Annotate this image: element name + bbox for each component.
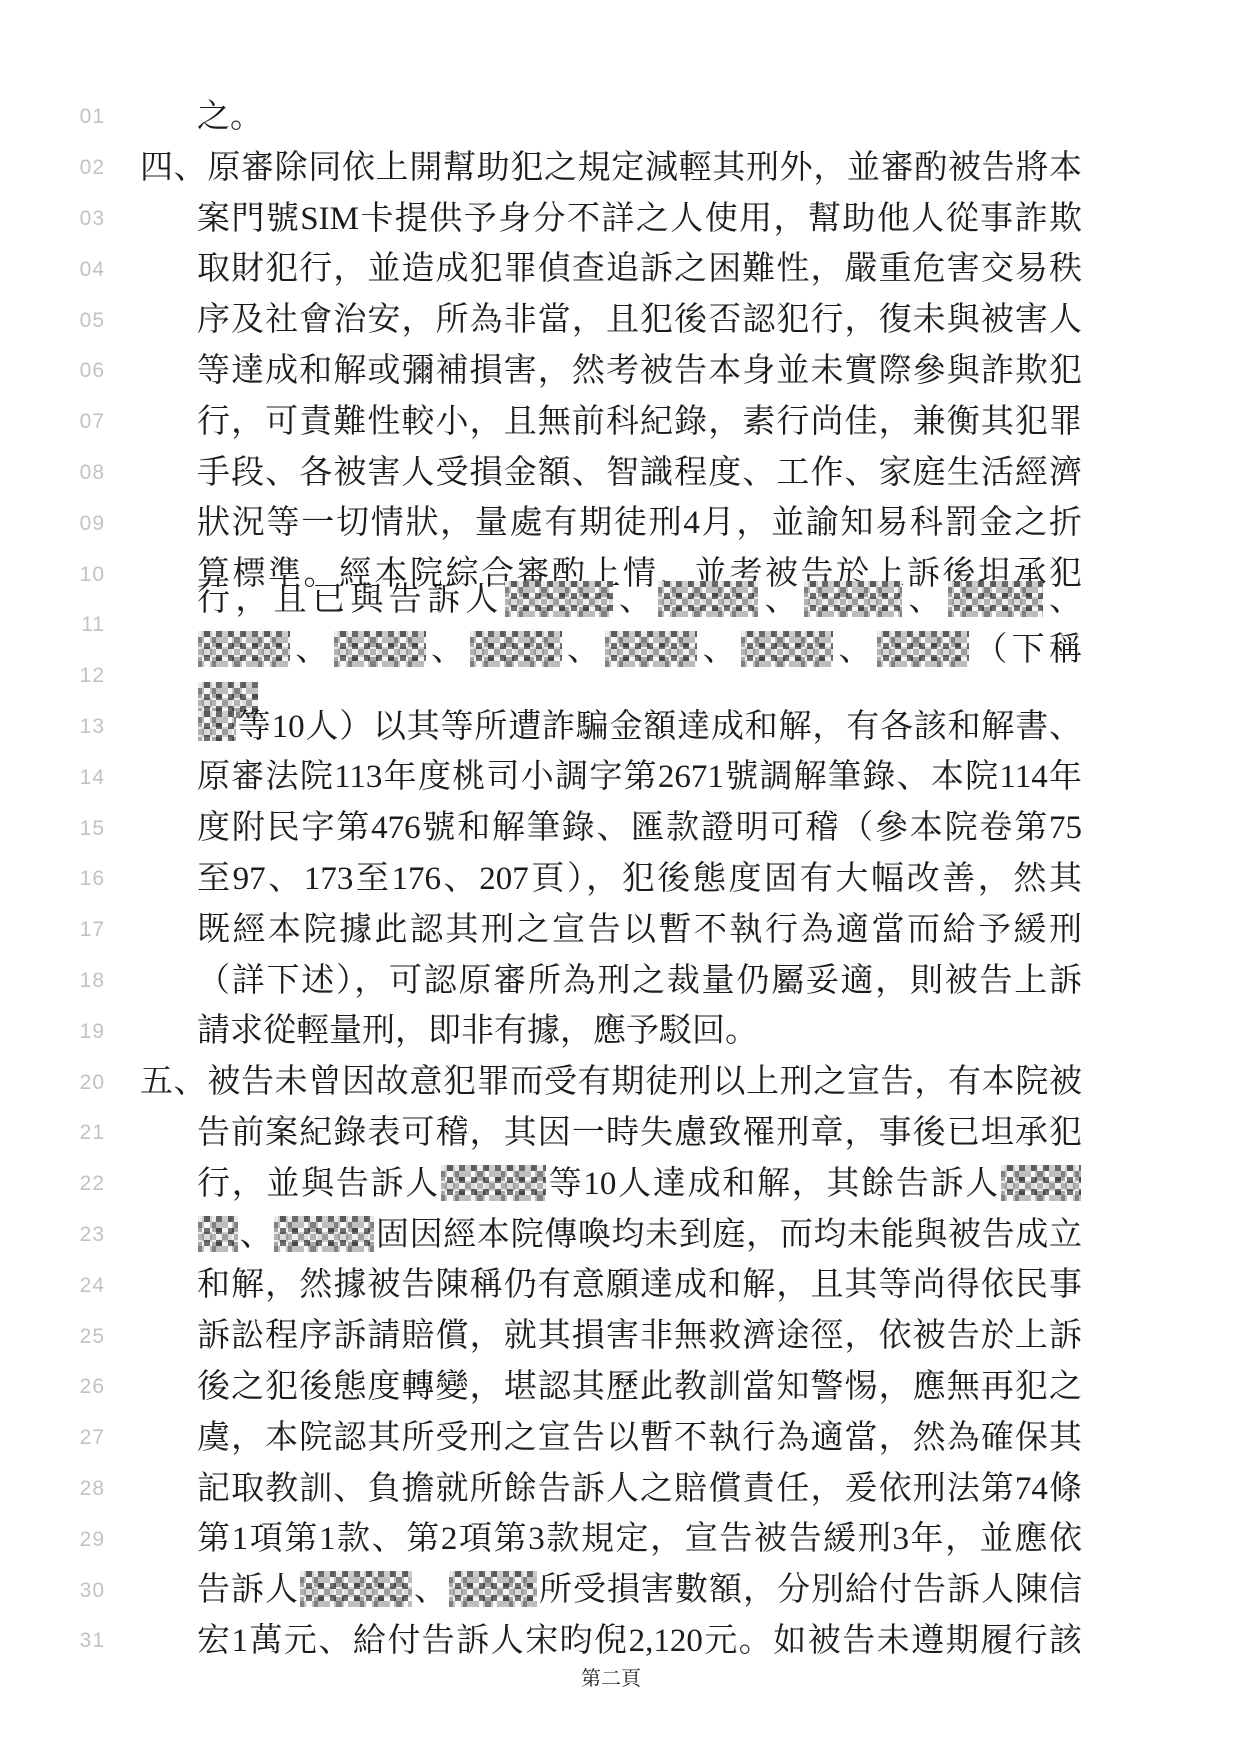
line-text: 記取教訓、負擔就所餘告訴人之賠償責任，爰依刑法第74條 (140, 1464, 1082, 1515)
line-number: 02 (0, 156, 105, 180)
line-text: 手段、各被害人受損金額、智識程度、工作、家庭生活經濟 (140, 448, 1082, 499)
text-segment: 等10人）以其等所遭詐騙金額達成和解，有各該和解書、 (237, 709, 1082, 745)
text-segment: （下稱 (970, 632, 1082, 668)
text-segment: 第1項第1款、第2項第3款規定，宣告被告緩刑3年，並應依 (197, 1521, 1082, 1557)
line-number: 25 (0, 1325, 105, 1349)
line-number: 27 (0, 1426, 105, 1450)
document-line: 06等達成和解或彌補損害，然考被告本身並未實際參與詐欺犯 (0, 346, 1240, 397)
document-line: 24和解，然據被告陳稱仍有意願達成和解，且其等尚得依民事 (0, 1260, 1240, 1311)
text-segment: （詳下述），可認原審所為刑之裁量仍屬妥適，則被告上訴 (197, 963, 1082, 999)
text-segment: 、 (903, 582, 947, 618)
text-segment: 原審法院113年度桃司小調字第2671號調解筆錄、本院114年 (197, 759, 1082, 795)
line-number: 06 (0, 359, 105, 383)
document-body: 01之。02四、原審除同依上開幫助犯之規定減輕其刑外，並審酌被告將本03案門號S… (0, 92, 1240, 1667)
document-line: 20五、被告未曾因故意犯罪而受有期徒刑以上刑之宣告，有本院被 (0, 1057, 1240, 1108)
text-segment: 虞，本院認其所受刑之宣告以暫不執行為適當，然為確保其 (197, 1420, 1082, 1456)
text-segment: 至97、173至176、207頁），犯後態度固有大幅改善，然其 (197, 861, 1082, 897)
line-text: 度附民字第476號和解筆錄、匯款證明可稽（參本院卷第75 (140, 803, 1082, 854)
text-segment: 之。 (197, 99, 263, 135)
document-line: 09狀況等一切情狀，量處有期徒刑4月，並諭知易科罰金之折 (0, 498, 1240, 549)
line-text: 訴訟程序訴請賠償，就其損害非無救濟途徑，依被告於上訴 (140, 1311, 1082, 1362)
line-text: 既經本院據此認其刑之宣告以暫不執行為適當而給予緩刑 (140, 905, 1082, 956)
document-line: 01之。 (0, 92, 1240, 143)
redacted-name-block (470, 631, 562, 667)
line-number: 05 (0, 309, 105, 333)
line-text: 原審法院113年度桃司小調字第2671號調解筆錄、本院114年 (140, 752, 1082, 803)
line-number: 26 (0, 1375, 105, 1399)
line-text: 行，可責難性較小，且無前科紀錄，素行尚佳，兼衡其犯罪 (140, 397, 1082, 448)
line-number: 17 (0, 918, 105, 942)
text-segment: 行，可責難性較小，且無前科紀錄，素行尚佳，兼衡其犯罪 (197, 404, 1082, 440)
line-text: 之。 (140, 92, 1082, 143)
line-number: 20 (0, 1071, 105, 1095)
document-line: 04取財犯行，並造成犯罪偵查追訴之困難性，嚴重危害交易秩 (0, 244, 1240, 295)
redacted-name-block (605, 631, 697, 667)
redacted-name-block (1001, 1165, 1081, 1201)
document-line: 03案門號SIM卡提供予身分不詳之人使用，幫助他人從事詐欺 (0, 194, 1240, 245)
line-text: （詳下述），可認原審所為刑之裁量仍屬妥適，則被告上訴 (140, 956, 1082, 1007)
text-segment: 被告未曾因故意犯罪而受有期徒刑以上刑之宣告，有本院被 (207, 1064, 1082, 1100)
line-text: 請求從輕量刑，即非有據，應予駁回。 (140, 1006, 1082, 1057)
line-text: 第1項第1款、第2項第3款規定，宣告被告緩刑3年，並應依 (140, 1514, 1082, 1565)
document-line: 17既經本院據此認其刑之宣告以暫不執行為適當而給予緩刑 (0, 905, 1240, 956)
line-number: 08 (0, 461, 105, 485)
redacted-name-block (198, 1216, 238, 1252)
redacted-name-block (449, 1571, 537, 1607)
document-line: 13等10人）以其等所遭詐騙金額達成和解，有各該和解書、 (0, 702, 1240, 753)
line-number: 22 (0, 1172, 105, 1196)
document-line: 18（詳下述），可認原審所為刑之裁量仍屬妥適，則被告上訴 (0, 956, 1240, 1007)
page: { "page": { "footer": "第二頁", "text_color… (0, 0, 1240, 1755)
line-text: 案門號SIM卡提供予身分不詳之人使用，幫助他人從事詐欺 (140, 194, 1082, 245)
document-line: 21告前案紀錄表可稽，其因一時失慮致罹刑章，事後已坦承犯 (0, 1108, 1240, 1159)
redacted-name-block (198, 711, 236, 741)
line-text: 至97、173至176、207頁），犯後態度固有大幅改善，然其 (140, 854, 1082, 905)
document-line: 19請求從輕量刑，即非有據，應予駁回。 (0, 1006, 1240, 1057)
line-number: 29 (0, 1528, 105, 1552)
text-segment: 案門號SIM卡提供予身分不詳之人使用，幫助他人從事詐欺 (197, 201, 1082, 237)
redacted-name-block (658, 581, 758, 617)
page-footer: 第二頁 (140, 1662, 1082, 1691)
text-segment: 記取教訓、負擔就所餘告訴人之賠償責任，爰依刑法第74條 (197, 1471, 1082, 1507)
document-line: 29第1項第1款、第2項第3款規定，宣告被告緩刑3年，並應依 (0, 1514, 1240, 1565)
text-segment: 後之犯後態度轉變，堪認其歷此教訓當知警惕，應無再犯之 (197, 1369, 1082, 1405)
text-segment: 、 (413, 1572, 448, 1608)
text-segment: 、 (834, 632, 876, 668)
line-number: 01 (0, 105, 105, 129)
text-segment: 狀況等一切情狀，量處有期徒刑4月，並諭知易科罰金之折 (197, 505, 1082, 541)
document-line: 23、固因經本院傳喚均未到庭，而均未能與被告成立 (0, 1210, 1240, 1261)
text-segment: 等達成和解或彌補損害，然考被告本身並未實際參與詐欺犯 (197, 353, 1082, 389)
redacted-name-block (877, 631, 969, 667)
redacted-name-block (948, 581, 1043, 617)
line-number: 23 (0, 1223, 105, 1247)
document-line: 12、、、、、（下稱 (0, 651, 1240, 702)
document-line: 07行，可責難性較小，且無前科紀錄，素行尚佳，兼衡其犯罪 (0, 397, 1240, 448)
document-line: 30告訴人、所受損害數額，分別給付告訴人陳信 (0, 1565, 1240, 1616)
document-line: 16至97、173至176、207頁），犯後態度固有大幅改善，然其 (0, 854, 1240, 905)
document-line: 26後之犯後態度轉變，堪認其歷此教訓當知警惕，應無再犯之 (0, 1362, 1240, 1413)
redacted-name-block (741, 631, 833, 667)
line-number: 30 (0, 1579, 105, 1603)
redacted-name-block (505, 581, 613, 617)
line-number: 28 (0, 1477, 105, 1501)
line-number: 07 (0, 410, 105, 434)
document-line: 28記取教訓、負擔就所餘告訴人之賠償責任，爰依刑法第74條 (0, 1464, 1240, 1515)
text-segment: 等10人達成和解，其餘告訴人 (547, 1166, 1000, 1202)
line-text: 告前案紀錄表可稽，其因一時失慮致罹刑章，事後已坦承犯 (140, 1108, 1082, 1159)
line-text: 序及社會治安，所為非當，且犯後否認犯行，復未與被害人 (140, 295, 1082, 346)
line-text: 行，並與告訴人等10人達成和解，其餘告訴人 (140, 1159, 1082, 1210)
text-segment: 所受損害數額，分別給付告訴人陳信 (538, 1572, 1082, 1608)
line-number: 24 (0, 1274, 105, 1298)
text-segment: 告訴人 (197, 1572, 299, 1608)
document-line: 25訴訟程序訴請賠償，就其損害非無救濟途徑，依被告於上訴 (0, 1311, 1240, 1362)
line-number: 14 (0, 766, 105, 790)
text-segment: 、 (1044, 582, 1082, 618)
line-text: 宏1萬元、給付告訴人宋昀倪2,120元。如被告未遵期履行該 (140, 1616, 1082, 1667)
line-text: 、固因經本院傳喚均未到庭，而均未能與被告成立 (140, 1210, 1082, 1261)
line-text: 狀況等一切情狀，量處有期徒刑4月，並諭知易科罰金之折 (140, 498, 1082, 549)
redacted-name-block (804, 581, 902, 617)
text-segment: 、 (614, 582, 658, 618)
text-segment: 、 (291, 632, 333, 668)
line-text: 等10人）以其等所遭詐騙金額達成和解，有各該和解書、 (140, 702, 1082, 753)
redacted-name-block (441, 1165, 546, 1201)
document-line: 02四、原審除同依上開幫助犯之規定減輕其刑外，並審酌被告將本 (0, 143, 1240, 194)
text-segment: 原審除同依上開幫助犯之規定減輕其刑外，並審酌被告將本 (207, 150, 1082, 186)
line-number: 03 (0, 207, 105, 231)
line-number: 04 (0, 258, 105, 282)
line-text: 等達成和解或彌補損害，然考被告本身並未實際參與詐欺犯 (140, 346, 1082, 397)
line-number: 19 (0, 1020, 105, 1044)
line-text: 五、被告未曾因故意犯罪而受有期徒刑以上刑之宣告，有本院被 (140, 1057, 1082, 1108)
text-segment: 告前案紀錄表可稽，其因一時失慮致罹刑章，事後已坦承犯 (197, 1115, 1082, 1151)
text-segment: 取財犯行，並造成犯罪偵查追訴之困難性，嚴重危害交易秩 (197, 251, 1082, 287)
text-segment: 行，且已與告訴人 (197, 582, 504, 618)
line-number: 16 (0, 867, 105, 891)
line-number: 11 (0, 613, 105, 637)
redacted-name-block (274, 1216, 374, 1252)
line-number: 21 (0, 1121, 105, 1145)
text-segment: 序及社會治安，所為非當，且犯後否認犯行，復未與被害人 (197, 302, 1082, 338)
line-text: 告訴人、所受損害數額，分別給付告訴人陳信 (140, 1565, 1082, 1616)
document-line: 08手段、各被害人受損金額、智識程度、工作、家庭生活經濟 (0, 448, 1240, 499)
line-number: 13 (0, 715, 105, 739)
redacted-name-block (300, 1571, 412, 1607)
line-text: 四、原審除同依上開幫助犯之規定減輕其刑外，並審酌被告將本 (140, 143, 1082, 194)
text-segment: 和解，然據被告陳稱仍有意願達成和解，且其等尚得依民事 (197, 1267, 1082, 1303)
text-segment: 宏1萬元、給付告訴人宋昀倪2,120元。如被告未遵期履行該 (197, 1623, 1082, 1659)
line-text: 取財犯行，並造成犯罪偵查追訴之困難性，嚴重危害交易秩 (140, 244, 1082, 295)
line-text: 虞，本院認其所受刑之宣告以暫不執行為適當，然為確保其 (140, 1413, 1082, 1464)
line-number: 09 (0, 512, 105, 536)
document-line: 14原審法院113年度桃司小調字第2671號調解筆錄、本院114年 (0, 752, 1240, 803)
document-line: 05序及社會治安，所為非當，且犯後否認犯行，復未與被害人 (0, 295, 1240, 346)
document-line: 27虞，本院認其所受刑之宣告以暫不執行為適當，然為確保其 (0, 1413, 1240, 1464)
document-line: 22行，並與告訴人等10人達成和解，其餘告訴人 (0, 1159, 1240, 1210)
line-number: 10 (0, 563, 105, 587)
text-segment: 、 (698, 632, 740, 668)
line-number: 15 (0, 817, 105, 841)
text-segment: 固因經本院傳喚均未到庭，而均未能與被告成立 (375, 1217, 1082, 1253)
item-label: 五、 (140, 1064, 207, 1100)
document-line: 15度附民字第476號和解筆錄、匯款證明可稽（參本院卷第75 (0, 803, 1240, 854)
item-label: 四、 (140, 150, 207, 186)
text-segment: 手段、各被害人受損金額、智識程度、工作、家庭生活經濟 (197, 455, 1082, 491)
redacted-name-block (198, 631, 290, 667)
line-text: 後之犯後態度轉變，堪認其歷此教訓當知警惕，應無再犯之 (140, 1362, 1082, 1413)
text-segment: 、 (427, 632, 469, 668)
line-number: 12 (0, 664, 105, 688)
text-segment: 既經本院據此認其刑之宣告以暫不執行為適當而給予緩刑 (197, 912, 1082, 948)
text-segment: 訴訟程序訴請賠償，就其損害非無救濟途徑，依被告於上訴 (197, 1318, 1082, 1354)
document-line: 31宏1萬元、給付告訴人宋昀倪2,120元。如被告未遵期履行該 (0, 1616, 1240, 1667)
text-segment: 度附民字第476號和解筆錄、匯款證明可稽（參本院卷第75 (197, 810, 1082, 846)
text-segment: 、 (759, 582, 803, 618)
text-segment: 、 (239, 1217, 273, 1253)
text-segment: 請求從輕量刑，即非有據，應予駁回。 (197, 1013, 758, 1049)
text-segment: 、 (563, 632, 605, 668)
line-number: 18 (0, 969, 105, 993)
redacted-name-block (334, 631, 426, 667)
line-number: 31 (0, 1629, 105, 1653)
text-segment: 行，並與告訴人 (197, 1166, 440, 1202)
line-text: 和解，然據被告陳稱仍有意願達成和解，且其等尚得依民事 (140, 1260, 1082, 1311)
